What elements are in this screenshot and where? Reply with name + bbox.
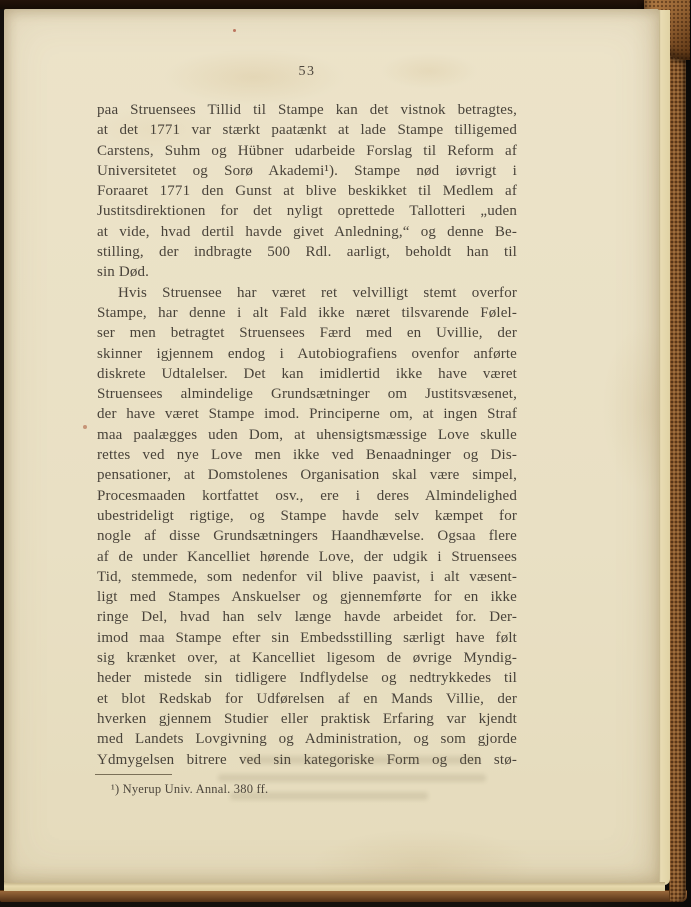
text-line: paa Struensees Tillid til Stampe kan det…: [97, 100, 517, 120]
text-line: skinner igjennem endog i Autobiografiens…: [97, 344, 517, 364]
page-number: 53: [97, 64, 517, 80]
book-cover-top-edge: [0, 0, 655, 9]
text-line: Universitetet og Sorø Akademi¹). Stampe …: [97, 161, 517, 181]
text-line: sig krænket over, at Kancelliet ligesom …: [97, 648, 517, 668]
text-line: rettes ved nye Love men ikke ved Benaadn…: [97, 445, 517, 465]
paragraph-second: Hvis Struensee har været ret velvilligt …: [97, 283, 517, 770]
text-line: der have været Stampe imod. Principerne …: [97, 404, 517, 424]
text-line: sin Død.: [97, 262, 517, 282]
paper-speck: [83, 425, 87, 429]
text-line: Struensees almindelige Grundsætninger om…: [97, 384, 517, 404]
text-line: med Landets Lovgivning og Administration…: [97, 729, 517, 749]
text-line: Tid, stemmede, som nedenfor vil blive pa…: [97, 567, 517, 587]
text-line: diskrete Udtalelser. Det kan imidlertid …: [97, 364, 517, 384]
page-stack-edge-bottom: [4, 882, 665, 891]
text-line: ser men betragtet Struensees Færd med en…: [97, 323, 517, 343]
book-cover-right-edge: [669, 0, 686, 902]
text-line: af de under Kancelliet hørende Love, der…: [97, 547, 517, 567]
bleed-through-ghost: [218, 774, 486, 782]
text-block: paa Struensees Tillid til Stampe kan det…: [97, 100, 517, 770]
text-line: at vide, hvad dertil havde givet Anledni…: [97, 222, 517, 242]
footnote-rule: [95, 774, 172, 775]
text-line: ubestrideligt rigtige, og Stampe havde s…: [97, 506, 517, 526]
text-line: at det 1771 var stærkt paatænkt at lade …: [97, 120, 517, 140]
text-line: ringe Del, hvad han selv længe havde arb…: [97, 607, 517, 627]
text-line: Carstens, Suhm og Hübner udarbeide Forsl…: [97, 141, 517, 161]
text-line: Stampe, har denne i alt Fald ikke næret …: [97, 303, 517, 323]
text-line: ligt med Stampes Anskuelser og gjennemfø…: [97, 587, 517, 607]
book-scan-photo: 53 paa Struensees Tillid til Stampe kan …: [0, 0, 691, 907]
footnote-text: ¹) Nyerup Univ. Annal. 380 ff.: [111, 782, 268, 797]
text-line: hverken gjennem Studier eller praktisk E…: [97, 709, 517, 729]
book-cover-bottom-edge: [0, 890, 687, 902]
bleed-through-ghost: [244, 756, 479, 764]
text-line: nogle af disse Grundsætningers Haandhæve…: [97, 526, 517, 546]
text-line: imod maa Stampe efter sin Embedsstilling…: [97, 628, 517, 648]
text-line: heder mistede sin tidligere Indflydelse …: [97, 668, 517, 688]
page-stack-edge-right: [658, 10, 670, 885]
text-line: Procesmaaden kortfattet osv., ere i dere…: [97, 486, 517, 506]
text-line: et blot Redskab for Udførelsen af en Man…: [97, 689, 517, 709]
text-line: pensationer, at Domstolenes Organisation…: [97, 465, 517, 485]
text-line: Justitsdirektionen for det nyligt oprett…: [97, 201, 517, 221]
text-line: Foraaret 1771 den Gunst at blive beskikk…: [97, 181, 517, 201]
text-line: Hvis Struensee har været ret velvilligt …: [97, 283, 517, 303]
text-line: stilling, der indbragte 500 Rdl. aarligt…: [97, 242, 517, 262]
paragraph-continuation: paa Struensees Tillid til Stampe kan det…: [97, 100, 517, 283]
text-line: maa paalægges uden Dom, at uhensigtsmæss…: [97, 425, 517, 445]
book-page: 53 paa Struensees Tillid til Stampe kan …: [4, 9, 659, 883]
paper-speck: [233, 29, 236, 32]
